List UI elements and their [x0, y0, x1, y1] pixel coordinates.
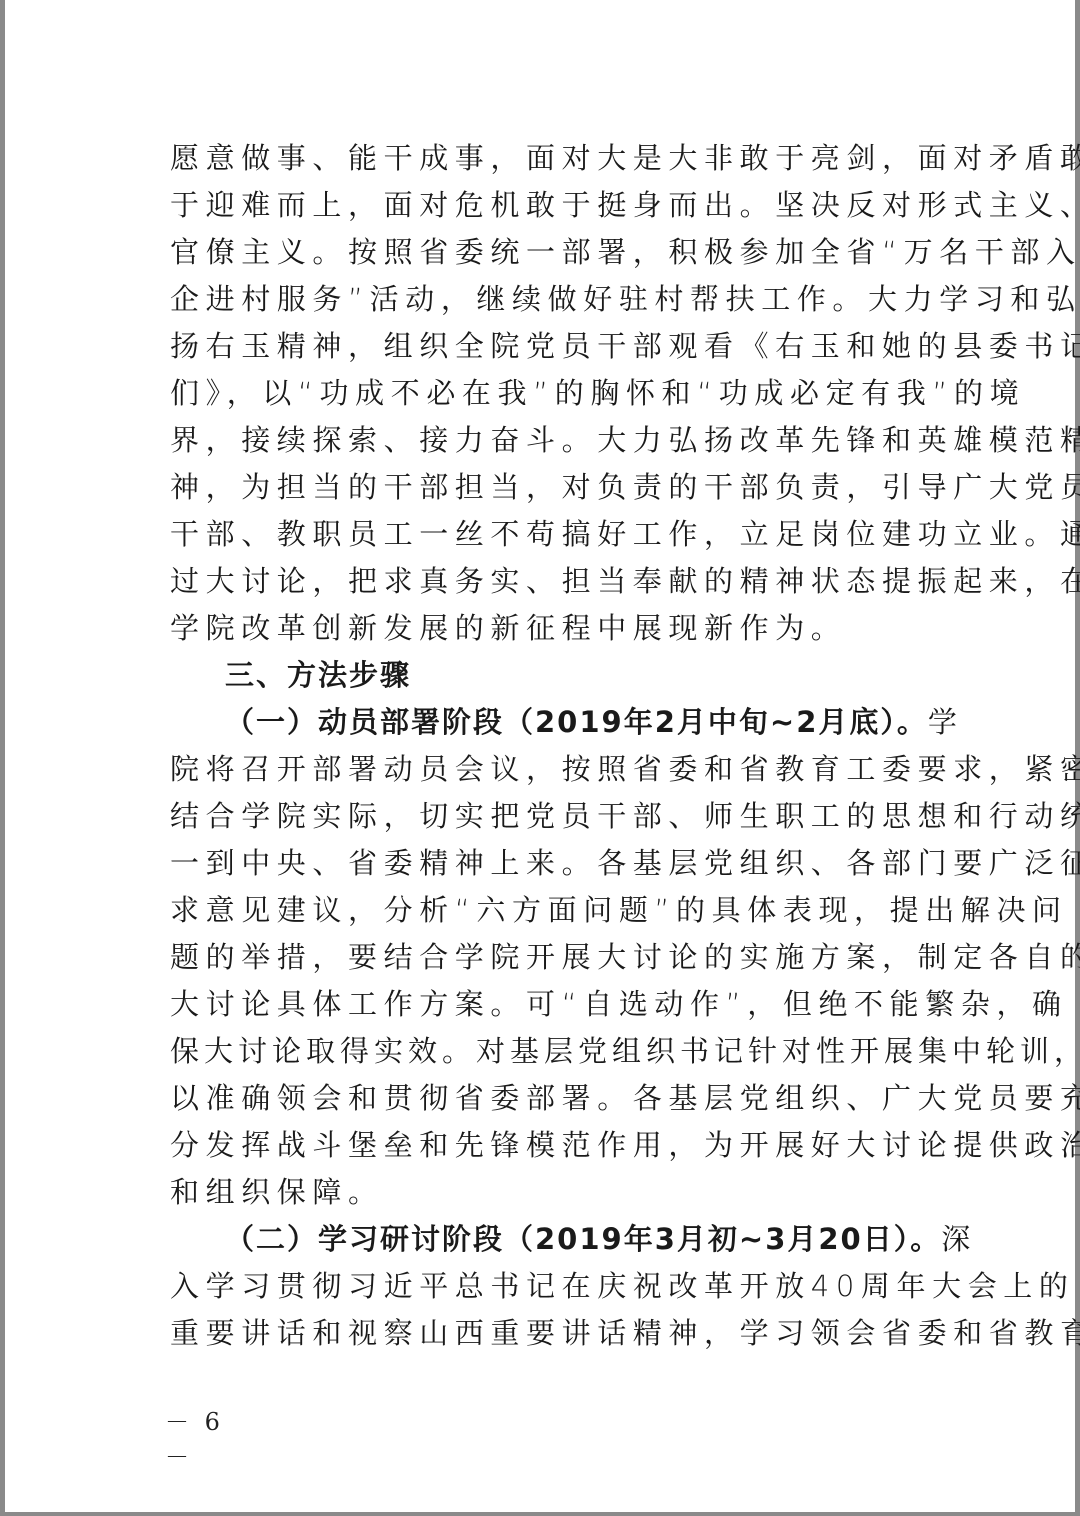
body-line: 院将召开部署动员会议，按照省委和省教育工委要求，紧密 [170, 749, 920, 789]
body-line: 保大讨论取得实效。对基层党组织书记针对性开展集中轮训， [170, 1031, 920, 1071]
body-line: 入学习贯彻习近平总书记在庆祝改革开放40周年大会上的 [170, 1266, 920, 1306]
stage1-title-line: （一）动员部署阶段（2019年2月中旬~2月底）。学 [225, 702, 925, 742]
body-line: 愿意做事、能干成事，面对大是大非敢于亮剑，面对矛盾敢 [170, 138, 920, 178]
body-line: 重要讲话和视察山西重要讲话精神，学习领会省委和省教育 [170, 1313, 920, 1353]
stage2-title: （二）学习研讨阶段（2019年3月初~3月20日）。 [225, 1222, 941, 1256]
body-line: 和组织保障。 [170, 1172, 920, 1212]
body-line: 一到中央、省委精神上来。各基层党组织、各部门要广泛征 [170, 843, 920, 883]
body-line: 扬右玉精神，组织全院党员干部观看《右玉和她的县委书记 [170, 326, 920, 366]
body-line: 题的举措，要结合学院开展大讨论的实施方案，制定各自的 [170, 937, 920, 977]
body-line: 学院改革创新发展的新征程中展现新作为。 [170, 608, 920, 648]
body-line: 分发挥战斗堡垒和先锋模范作用，为开展好大讨论提供政治 [170, 1125, 920, 1165]
stage1-title-tail: 学 [928, 705, 964, 739]
body-line: 界，接续探索、接力奋斗。大力弘扬改革先锋和英雄模范精 [170, 420, 920, 460]
stage2-title-line: （二）学习研讨阶段（2019年3月初~3月20日）。深 [225, 1219, 925, 1259]
body-line: 官僚主义。按照省委统一部署，积极参加全省“万名干部入 [170, 232, 920, 272]
body-line: 于迎难而上，面对危机敢于挺身而出。坚决反对形式主义、 [170, 185, 920, 225]
stage1-title: （一）动员部署阶段（2019年2月中旬~2月底）。 [225, 705, 928, 739]
page-number: － 6 － [165, 1402, 245, 1472]
section-heading: 三、方法步骤 [225, 655, 975, 695]
body-line: 企进村服务”活动，继续做好驻村帮扶工作。大力学习和弘 [170, 279, 920, 319]
body-line: 过大讨论，把求真务实、担当奉献的精神状态提振起来，在 [170, 561, 920, 601]
body-line: 以准确领会和贯彻省委部署。各基层党组织、广大党员要充 [170, 1078, 920, 1118]
body-line: 大讨论具体工作方案。可“自选动作”，但绝不能繁杂，确 [170, 984, 920, 1024]
stage2-title-tail: 深 [941, 1222, 977, 1256]
body-line: 们》，以“功成不必在我”的胸怀和“功成必定有我”的境 [170, 373, 920, 413]
body-line: 结合学院实际，切实把党员干部、师生职工的思想和行动统 [170, 796, 920, 836]
body-line: 干部、教职员工一丝不苟搞好工作，立足岗位建功立业。通 [170, 514, 920, 554]
body-line: 神，为担当的干部担当，对负责的干部负责，引导广大党员 [170, 467, 920, 507]
document-page: 愿意做事、能干成事，面对大是大非敢于亮剑，面对矛盾敢 于迎难而上，面对危机敢于挺… [5, 0, 1075, 1512]
body-line: 求意见建议，分析“六方面问题”的具体表现，提出解决问 [170, 890, 920, 930]
